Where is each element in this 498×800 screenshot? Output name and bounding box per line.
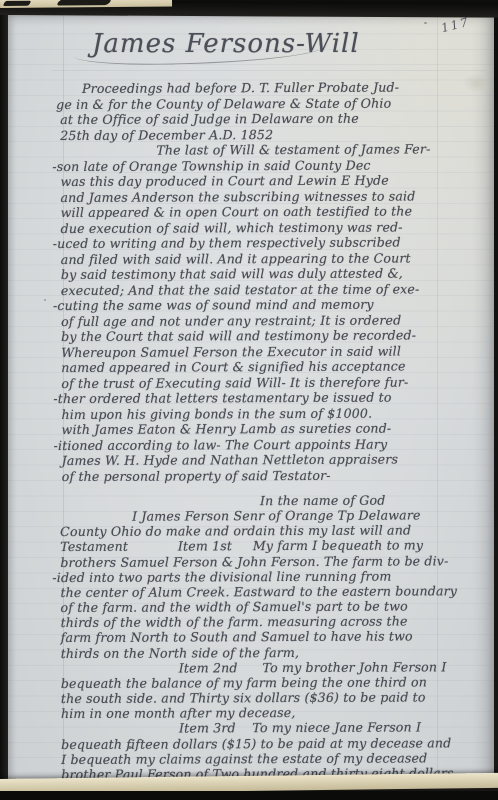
handwriting-line: Testament Item 1st My farm I bequeath to… — [60, 538, 482, 555]
handwriting-line: ge in & for the County of Delaware & Sta… — [56, 95, 482, 112]
handwriting-line: -ther ordered that letters testamentary … — [53, 389, 483, 406]
handwriting-line: -itioned according to law- The Court app… — [54, 436, 484, 453]
handwriting-line: -uced to writing and by them respectivel… — [53, 234, 483, 251]
handwriting-line: with James Eaton & Henry Lamb as suretie… — [61, 420, 483, 437]
cutoff-ink-mark — [3, 1, 32, 6]
ink-speck — [44, 299, 46, 301]
handwriting-line: the center of Alum Creek. Eastward to th… — [60, 583, 482, 600]
handwriting-line: named appeared in Court & signified his … — [61, 358, 483, 375]
scan-photo-backdrop: { "colors":{ "paper":"#d8dbdc", "ink":"#… — [0, 0, 498, 800]
ink-speck — [128, 746, 132, 749]
handwriting-line: 25th day of December A.D. 1852 — [60, 126, 482, 143]
handwriting-line: at the Office of said Judge in Delaware … — [60, 110, 482, 127]
page-number: 117 — [440, 15, 471, 36]
handwriting-line: -cuting the same was of sound mind and m… — [53, 296, 483, 313]
handwriting-line: and filed with said will. And it appeari… — [61, 250, 483, 267]
title-underline-flourish — [74, 35, 328, 66]
handwriting-line: of the trust of Executing said Will- It … — [61, 374, 483, 391]
handwriting-line: brothers Samuel Ferson & John Ferson. Th… — [60, 553, 482, 570]
handwriting-line: was this day produced in Court and Lewin… — [60, 172, 482, 189]
scan-left-dark-edge — [0, 0, 8, 800]
cutoff-ink-mark — [56, 0, 112, 6]
handwriting-line: The last of Will & testament of James Fe… — [156, 141, 482, 158]
ink-speck — [424, 22, 427, 24]
handwriting-line: and James Anderson the subscribing witne… — [60, 188, 482, 205]
handwriting-line: by said testimony that said will was dul… — [61, 265, 483, 282]
handwriting-line: bequeath fifteen dollars ($15) to be pai… — [61, 735, 483, 752]
handwriting-line: executed; And that the said testator at … — [61, 281, 483, 298]
scan-bottom-dark-edge — [0, 791, 498, 800]
handwriting-line: I James Ferson Senr of Orange Tp Delawar… — [132, 507, 482, 524]
handwriting-line: Item 3rd To my niece Jane Ferson I — [179, 720, 483, 736]
handwriting-line: due execution of said will, which testim… — [61, 219, 483, 236]
handwriting-line: of the personal property of said Testato… — [62, 467, 484, 484]
handwriting-line: In the name of God — [260, 492, 482, 508]
handwriting-line: James W. H. Hyde and Nathan Nettleton ap… — [62, 451, 484, 468]
handwriting-line: by the Court that said will and testimon… — [61, 327, 483, 344]
handwriting-line: the south side. and Thirty six dollars (… — [61, 689, 483, 706]
will-body-text: In the name of GodI James Ferson Senr of… — [60, 492, 483, 782]
handwriting-line: Whereupon Samuel Ferson the Executor in … — [61, 343, 483, 360]
header-rule-line — [52, 70, 486, 71]
handwriting-line: I bequeath my claims against the estate … — [61, 750, 483, 767]
handwriting-line: Item 2nd To my brother John Ferson I — [179, 659, 483, 675]
handwriting-line: of full age and not under any restraint;… — [61, 312, 483, 329]
handwriting-line: will appeared & in open Court on oath te… — [61, 203, 483, 220]
handwriting-line: -son late of Orange Township in said Cou… — [52, 157, 482, 174]
manuscript-page: 117 James Fersons-Will Proceedings had b… — [8, 13, 494, 785]
probate-proceedings-text: Proceedings had before D. T. Fuller Prob… — [60, 79, 484, 484]
paper-stain — [463, 73, 489, 93]
handwriting-line: him upon his giving bonds in the sum of … — [61, 405, 483, 422]
handwriting-line: Proceedings had before D. T. Fuller Prob… — [82, 79, 482, 96]
